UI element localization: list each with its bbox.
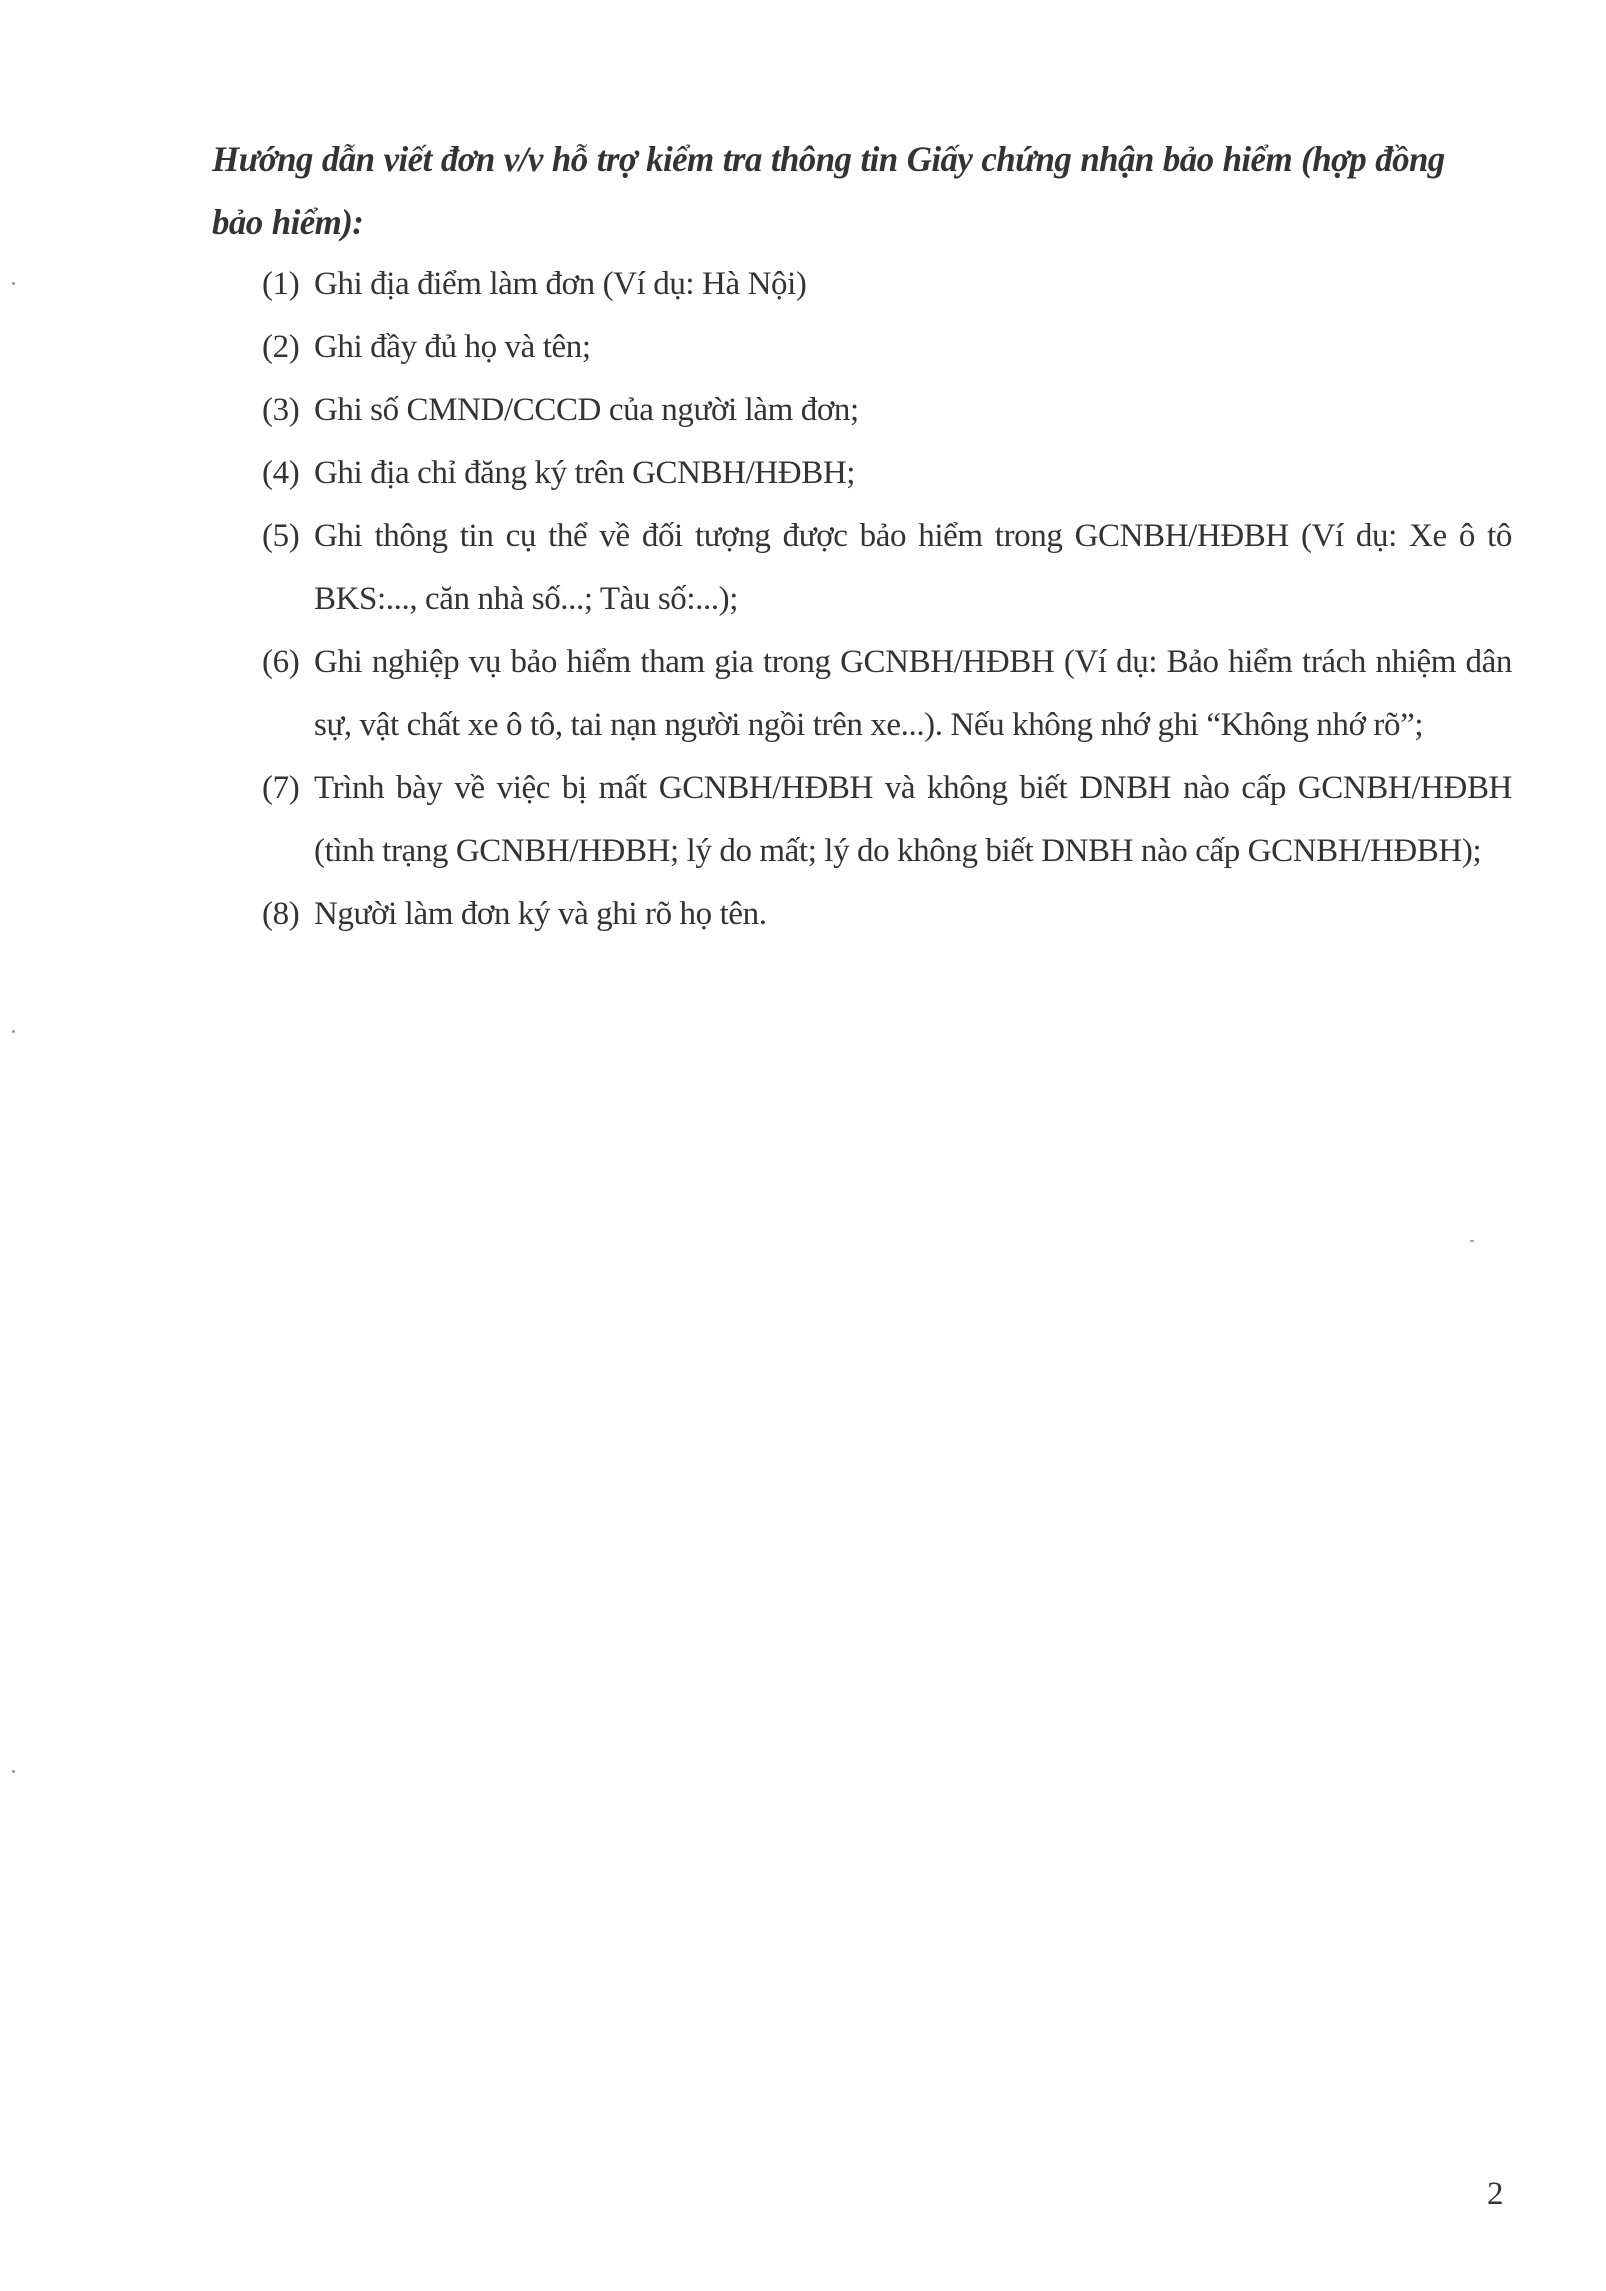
instruction-item: (6) Ghi nghiệp vụ bảo hiểm tham gia tron… [262, 631, 1512, 757]
scan-speck [1470, 1240, 1474, 1242]
item-number: (3) [262, 379, 314, 442]
item-number: (2) [262, 316, 314, 379]
item-text: Ghi đầy đủ họ và tên; [314, 316, 1512, 379]
item-number: (1) [262, 253, 314, 316]
page-number: 2 [1487, 2174, 1504, 2214]
item-text: Ghi địa chỉ đăng ký trên GCNBH/HĐBH; [314, 442, 1512, 505]
item-number: (8) [262, 883, 314, 946]
instruction-item: (1) Ghi địa điểm làm đơn (Ví dụ: Hà Nội) [262, 253, 1512, 316]
item-number: (5) [262, 505, 314, 568]
item-text: Ghi địa điểm làm đơn (Ví dụ: Hà Nội) [314, 253, 1512, 316]
scan-speck [12, 1030, 15, 1033]
instruction-item: (2) Ghi đầy đủ họ và tên; [262, 316, 1512, 379]
instruction-item: (4) Ghi địa chỉ đăng ký trên GCNBH/HĐBH; [262, 442, 1512, 505]
item-number: (6) [262, 631, 314, 694]
instruction-list: (1) Ghi địa điểm làm đơn (Ví dụ: Hà Nội)… [262, 253, 1512, 946]
instruction-item: (7) Trình bày về việc bị mất GCNBH/HĐBH … [262, 757, 1512, 883]
document-page: Hướng dẫn viết đơn v/v hỗ trợ kiểm tra t… [0, 0, 1606, 2291]
scan-speck [12, 1770, 15, 1773]
scan-speck [12, 282, 15, 285]
instruction-item: (8) Người làm đơn ký và ghi rõ họ tên. [262, 883, 1512, 946]
instruction-item: (3) Ghi số CMND/CCCD của người làm đơn; [262, 379, 1512, 442]
item-text: Ghi số CMND/CCCD của người làm đơn; [314, 379, 1512, 442]
item-text: Trình bày về việc bị mất GCNBH/HĐBH và k… [314, 757, 1512, 883]
item-text: Ghi thông tin cụ thể về đối tượng được b… [314, 505, 1512, 631]
instruction-item: (5) Ghi thông tin cụ thể về đối tượng đư… [262, 505, 1512, 631]
item-text: Ghi nghiệp vụ bảo hiểm tham gia trong GC… [314, 631, 1512, 757]
document-heading: Hướng dẫn viết đơn v/v hỗ trợ kiểm tra t… [212, 128, 1473, 254]
item-text: Người làm đơn ký và ghi rõ họ tên. [314, 883, 1512, 946]
item-number: (4) [262, 442, 314, 505]
item-number: (7) [262, 757, 314, 820]
